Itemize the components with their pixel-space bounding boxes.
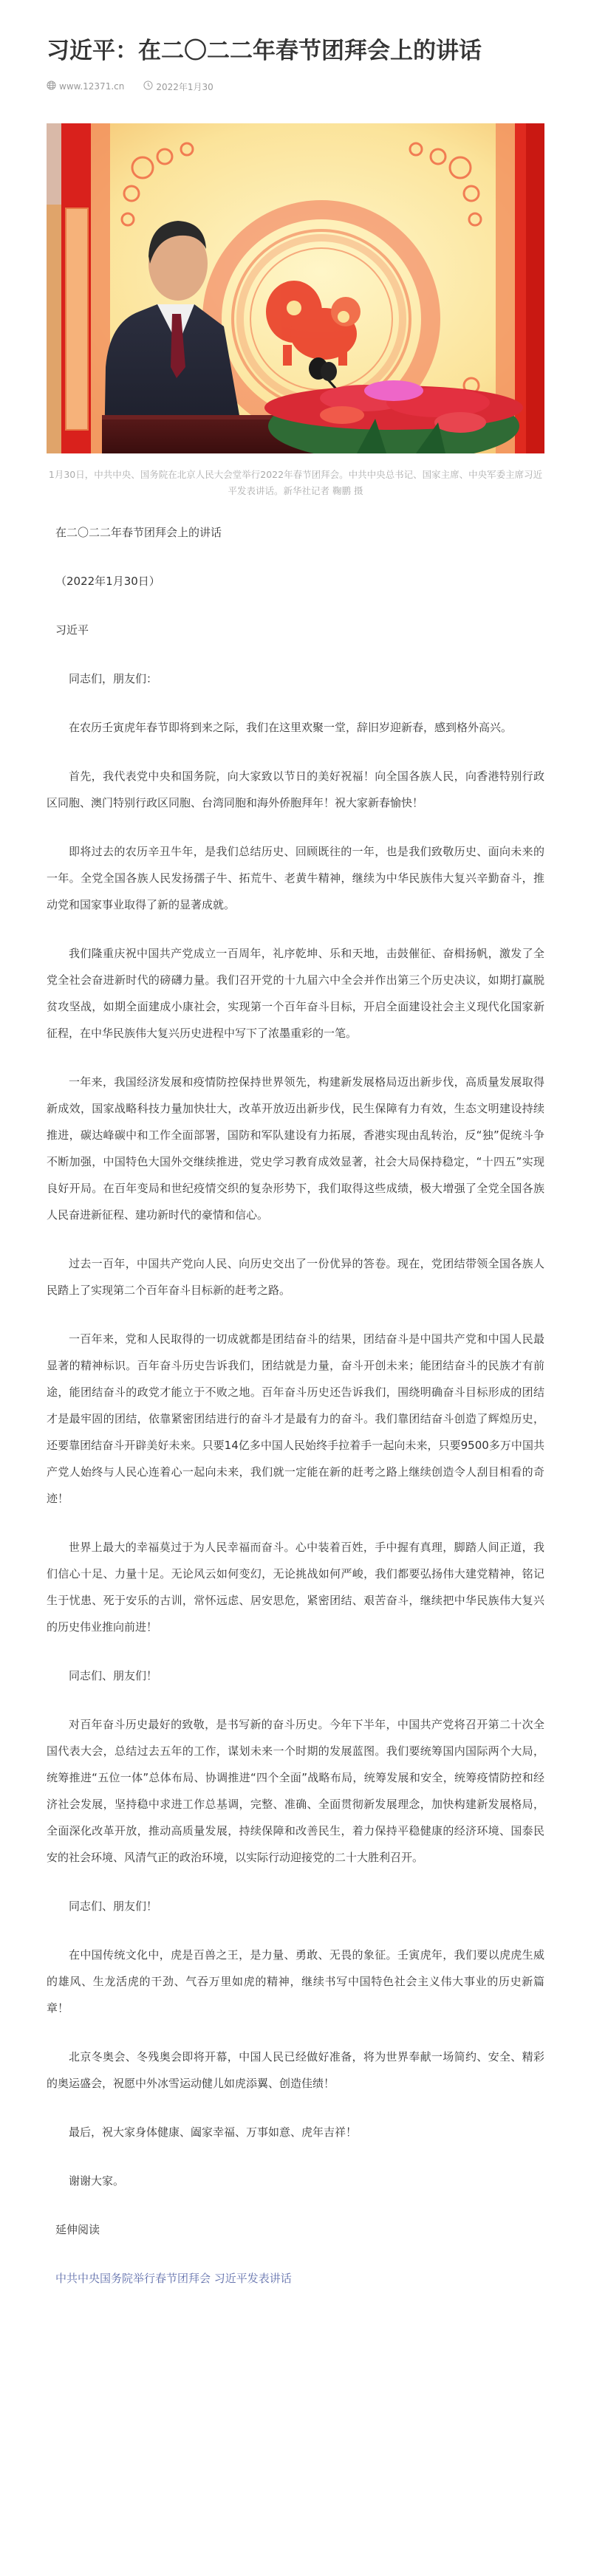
speech-title: 在二〇二二年春节团拜会上的讲话	[47, 519, 544, 546]
speech-date: （2022年1月30日）	[47, 568, 544, 595]
paragraph: 一年来，我国经济发展和疫情防控保持世界领先，构建新发展格局迈出新步伐，高质量发展…	[47, 1069, 544, 1228]
paragraph: 在农历壬寅虎年春节即将到来之际，我们在这里欢聚一堂，辞旧岁迎新春，感到格外高兴。	[47, 714, 544, 741]
article-meta: www.12371.cn 2022年1月30	[47, 80, 544, 93]
paragraph: 即将过去的农历辛丑牛年，是我们总结历史、回顾既往的一年，也是我们致敬历史、面向未…	[47, 838, 544, 918]
paragraph: 对百年奋斗历史最好的致敬，是书写新的奋斗历史。今年下半年，中国共产党将召开第二十…	[47, 1711, 544, 1871]
meta-date: 2022年1月30	[143, 80, 213, 93]
paragraph: 我们隆重庆祝中国共产党成立一百周年，礼序乾坤、乐和天地，击鼓催征、奋楫扬帆，激发…	[47, 940, 544, 1046]
paragraph: 一百年来，党和人民取得的一切成就都是团结奋斗的结果，团结奋斗是中国共产党和中国人…	[47, 1326, 544, 1512]
paragraph: 北京冬奥会、冬残奥会即将开幕，中国人民已经做好准备，将为世界奉献一场简约、安全、…	[47, 2044, 544, 2097]
paragraph: 同志们、朋友们！	[47, 1662, 544, 1689]
further-reading-label: 延伸阅读	[47, 2216, 544, 2243]
speaker: 习近平	[47, 617, 544, 643]
clock-icon	[143, 80, 156, 92]
paragraph: 最后，祝大家身体健康、阖家幸福、万事如意、虎年吉祥！	[47, 2119, 544, 2145]
article-body: 在二〇二二年春节团拜会上的讲话 （2022年1月30日） 习近平 同志们，朋友们…	[47, 519, 544, 2292]
paragraph: 在中国传统文化中，虎是百兽之王，是力量、勇敢、无畏的象征。壬寅虎年，我们要以虎虎…	[47, 1942, 544, 2021]
paragraph: 谢谢大家。	[47, 2168, 544, 2194]
paragraph: 过去一百年，中国共产党向人民、向历史交出了一份优异的答卷。现在，党团结带领全国各…	[47, 1250, 544, 1304]
source-text: www.12371.cn	[59, 81, 124, 92]
related-article-link[interactable]: 中共中央国务院举行春节团拜会 习近平发表讲话	[47, 2265, 292, 2292]
meta-source: www.12371.cn	[47, 80, 124, 92]
globe-icon	[47, 80, 59, 92]
article-photo	[47, 123, 544, 453]
paragraph: 同志们，朋友们：	[47, 665, 544, 692]
paragraph: 世界上最大的幸福莫过于为人民幸福而奋斗。心中装着百姓，手中握有真理，脚踏人间正道…	[47, 1534, 544, 1640]
date-text: 2022年1月30	[156, 80, 213, 93]
article: 习近平：在二〇二二年春节团拜会上的讲话 www.12371.cn	[0, 0, 591, 2292]
photo-caption: 1月30日，中共中央、国务院在北京人民大会堂举行2022年春节团拜会。中共中央总…	[47, 467, 544, 499]
paragraph: 同志们、朋友们！	[47, 1893, 544, 1919]
article-title: 习近平：在二〇二二年春节团拜会上的讲话	[47, 0, 544, 67]
paragraph: 首先，我代表党中央和国务院，向大家致以节日的美好祝福！向全国各族人民，向香港特别…	[47, 763, 544, 816]
